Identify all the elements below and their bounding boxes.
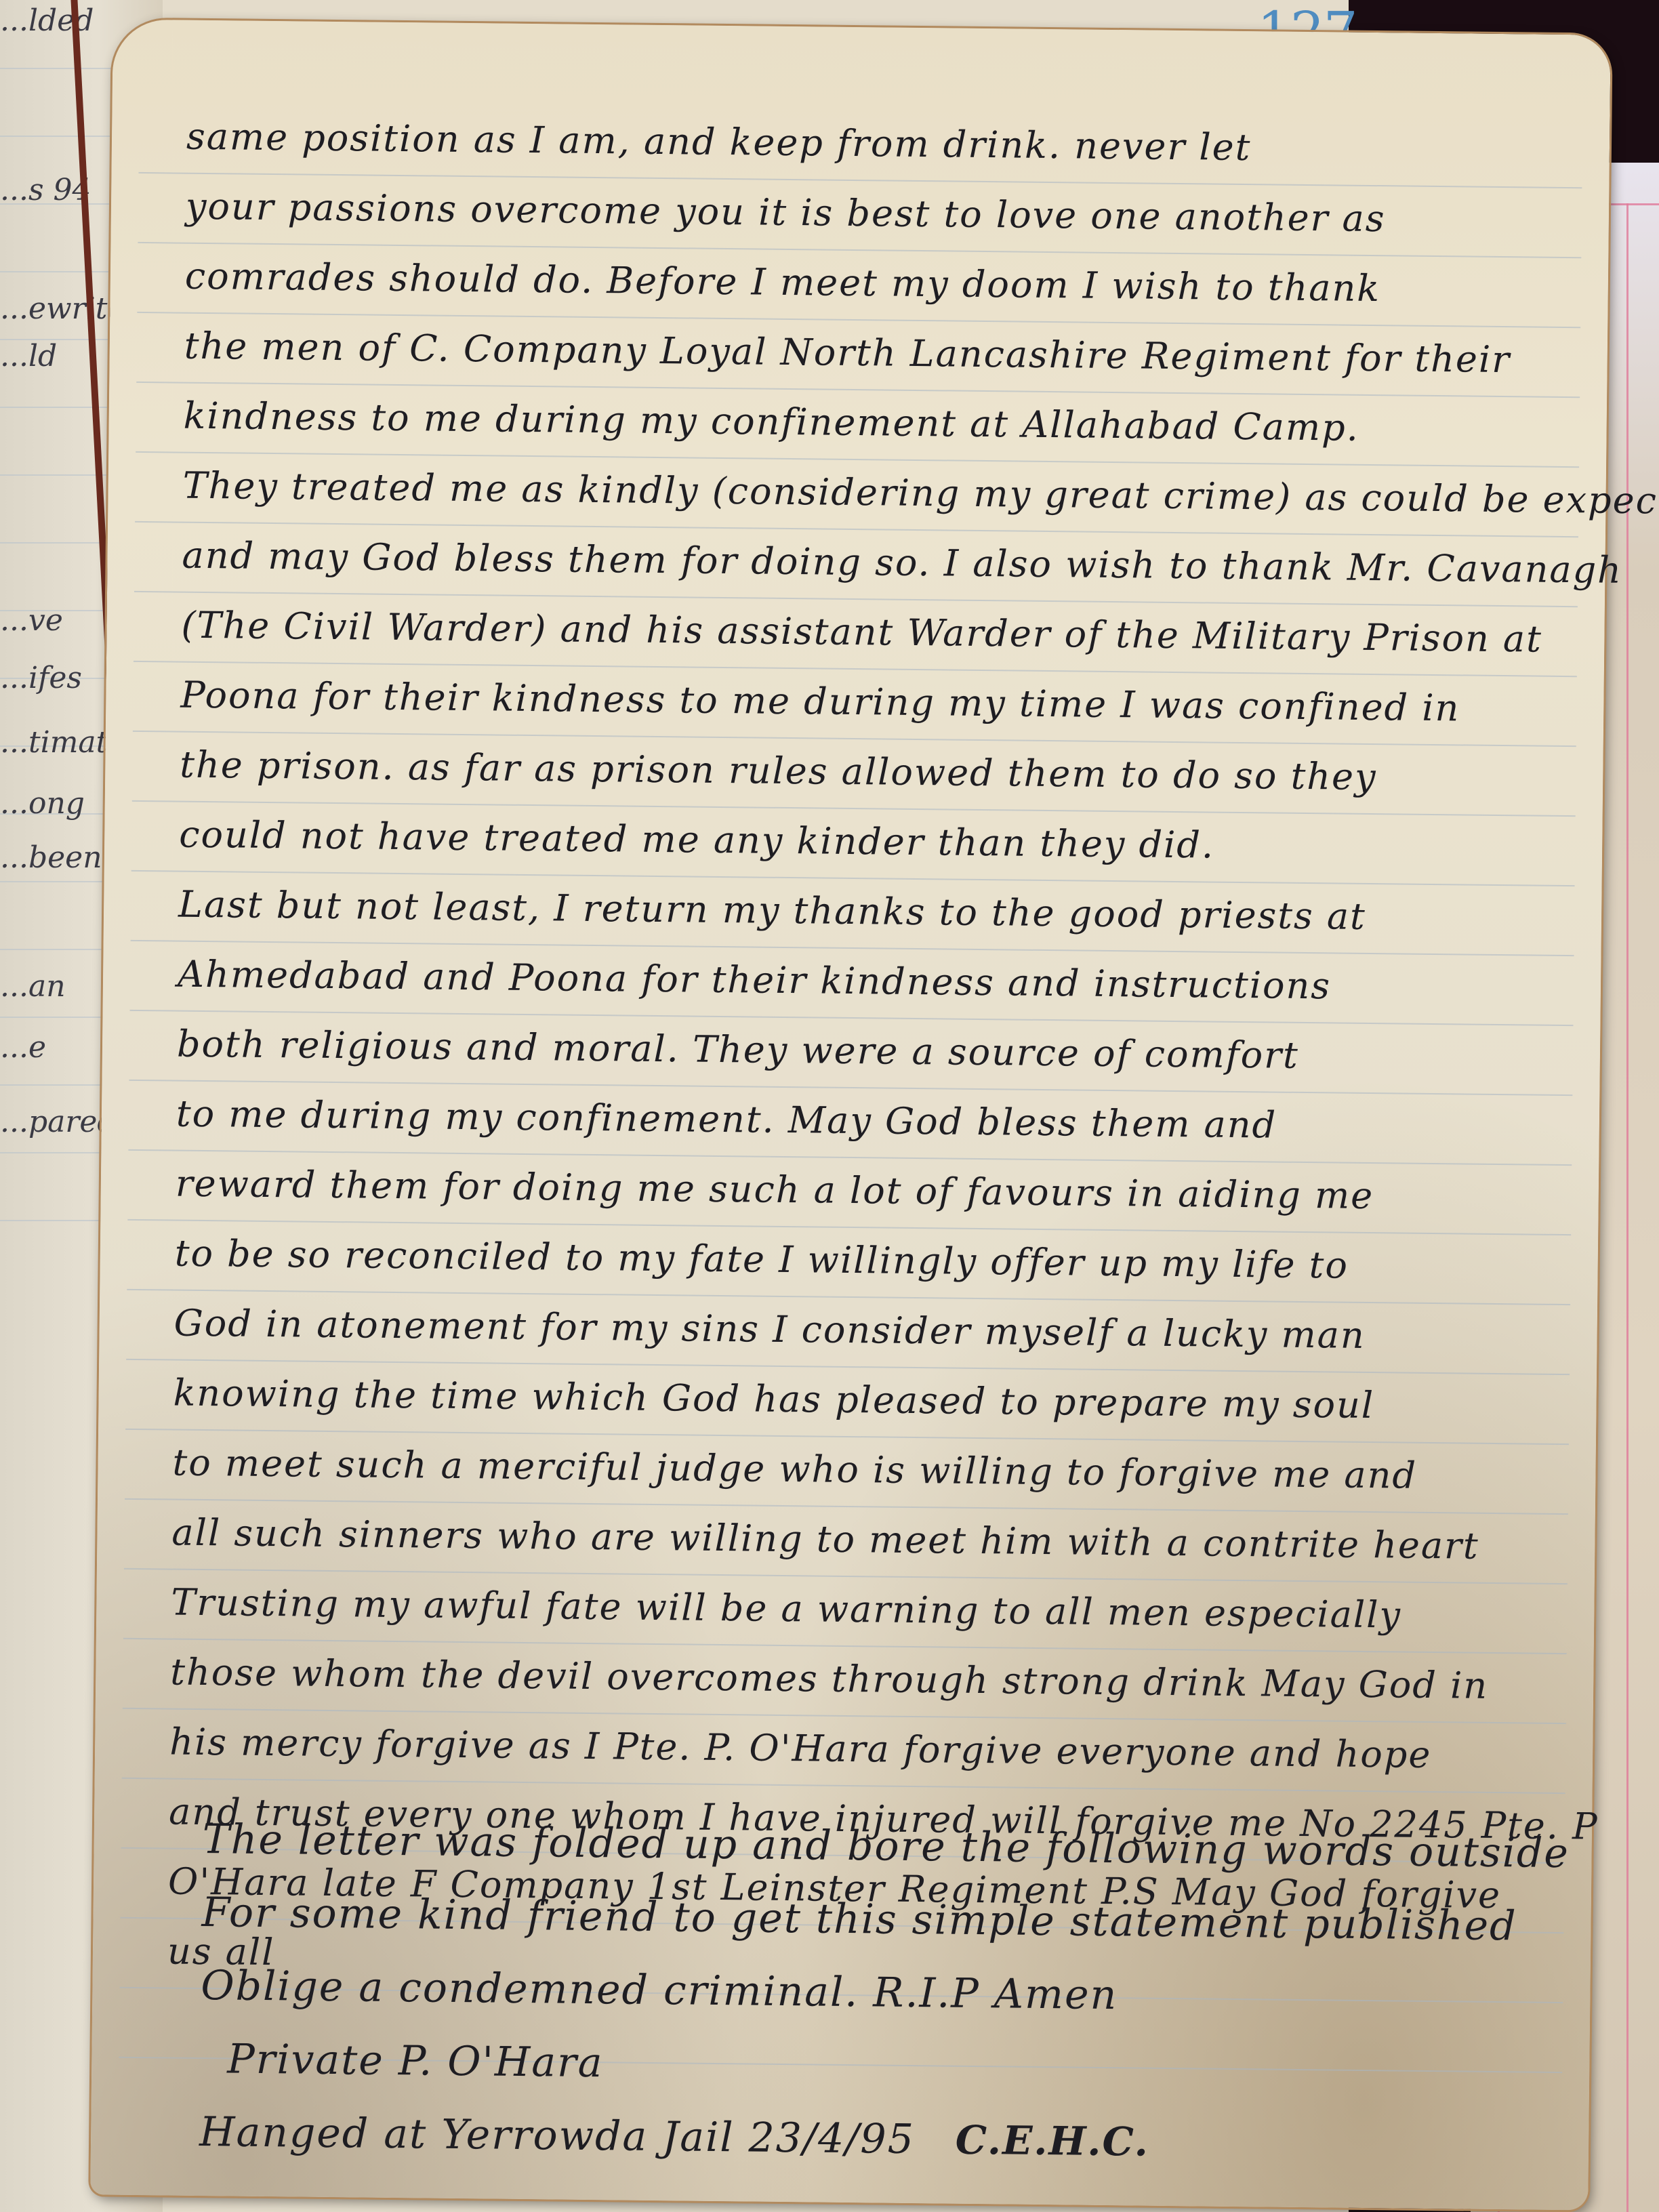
left-fragment: ...ld xyxy=(0,339,57,373)
postscript-line: For some kind friend to get this simple … xyxy=(201,1876,1557,1963)
left-fragment: ...ve xyxy=(0,603,63,638)
left-fragment: ...e xyxy=(0,1030,46,1065)
postscript-line: Oblige a condemned criminal. R.I.P Amen xyxy=(201,1949,1557,2036)
left-fragment: ...lded xyxy=(0,3,94,38)
postscript-line: The letter was folded up and bore the fo… xyxy=(202,1803,1558,1890)
left-fragment: ...ewrite xyxy=(0,291,125,326)
signature: Private P. O'Hara xyxy=(200,2022,1556,2110)
left-fragment: ...s 94 xyxy=(0,173,91,207)
left-fragment: ...ifes xyxy=(0,661,82,695)
letter-body: same position as I am, and keep from dri… xyxy=(167,102,1542,2001)
handwritten-letter: same position as I am, and keep from dri… xyxy=(90,20,1610,2211)
postscript-note: The letter was folded up and bore the fo… xyxy=(199,1803,1559,2183)
execution-note: Hanged at Yerrowda Jail 23/4/95 xyxy=(199,2095,916,2176)
execution-row: Hanged at Yerrowda Jail 23/4/95 C.E.H.C. xyxy=(199,2095,1555,2183)
left-fragment: ...ong xyxy=(0,786,85,821)
left-fragment: ...an xyxy=(0,969,66,1004)
left-fragment: ...pared xyxy=(0,1105,117,1139)
left-fragment: ...been xyxy=(0,840,102,875)
clerk-initials: C.E.H.C. xyxy=(955,2104,1149,2179)
